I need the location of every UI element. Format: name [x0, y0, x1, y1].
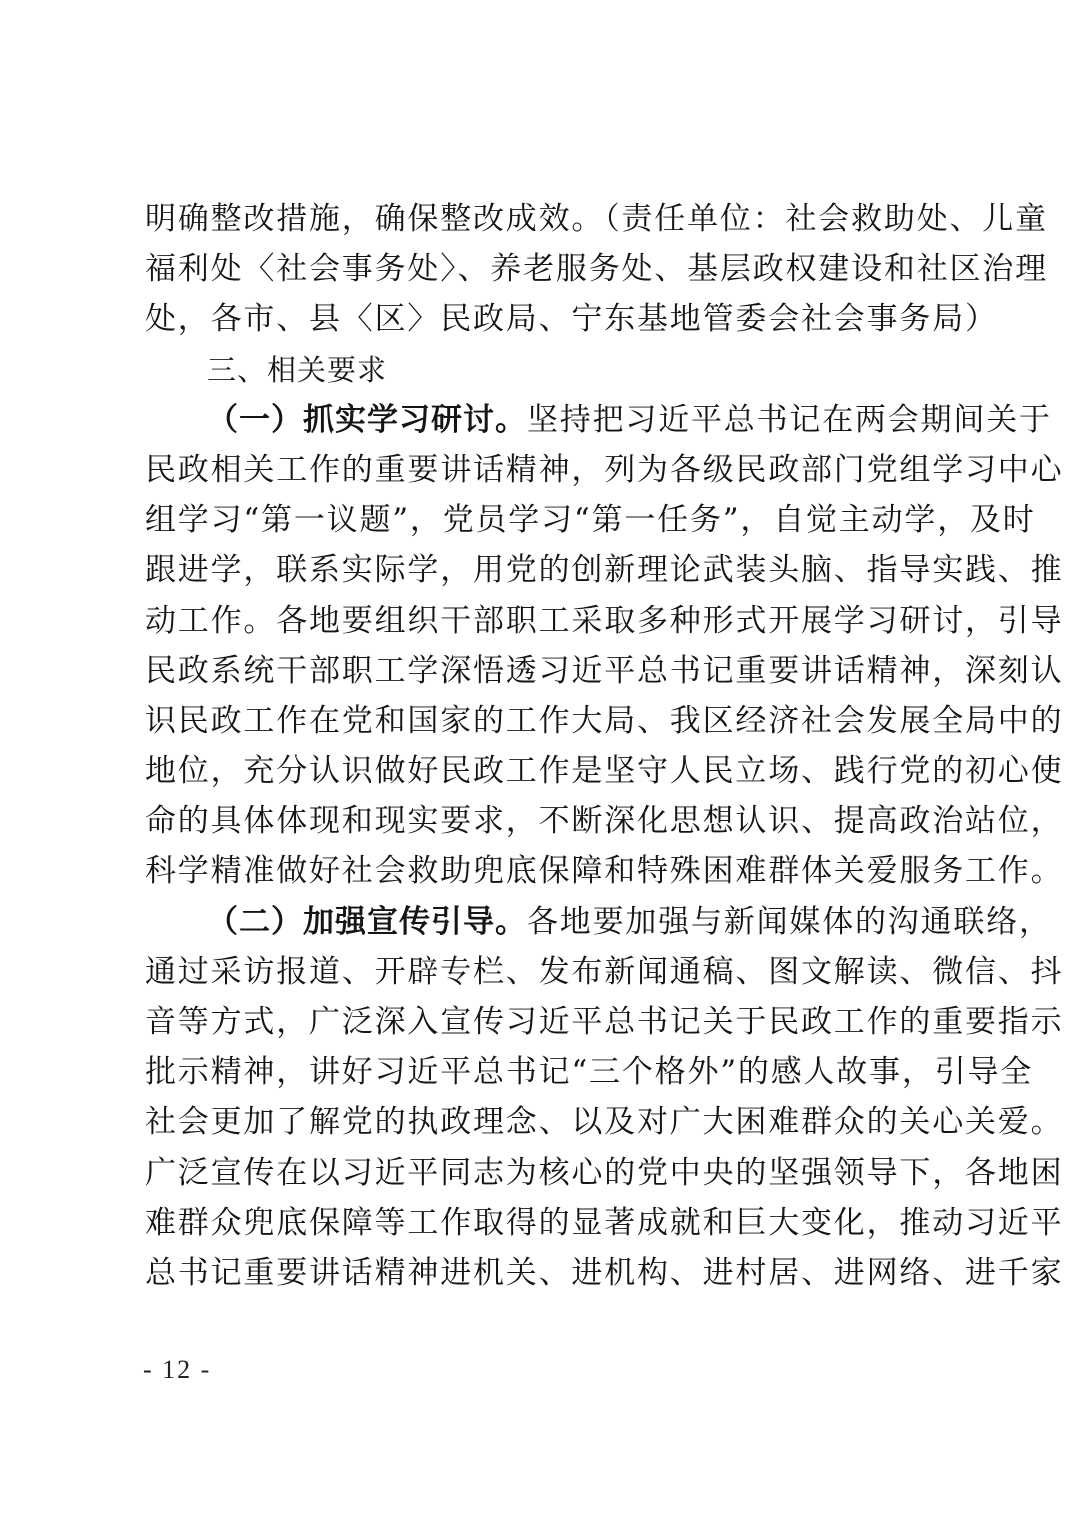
text-line: 难群众兜底保障等工作取得的显著成就和巨大变化，推动习近平 — [145, 1200, 945, 1250]
paragraph-1-first-line: （一）抓实学习研讨。坚持把习近平总书记在两会期间关于 — [145, 397, 945, 447]
text-line: 通过采访报道、开辟专栏、发布新闻通稿、图文解读、微信、抖 — [145, 949, 945, 999]
text-line: 民政系统干部职工学深悟透习近平总书记重要讲话精神，深刻认 — [145, 648, 945, 698]
text-line: 组学习“第一议题”，党员学习“第一任务”，自觉主动学，及时 — [145, 497, 945, 547]
text-line: 民政相关工作的重要讲话精神，列为各级民政部门党组学习中心 — [145, 447, 945, 497]
paragraph-1-lead: （一）抓实学习研讨。 — [207, 402, 527, 438]
text-line: 地位，充分认识做好民政工作是坚守人民立场、践行党的初心使 — [145, 748, 945, 798]
paragraph-2-lead: （二）加强宣传引导。 — [207, 904, 527, 940]
paragraph-2-text: 各地要加强与新闻媒体的沟通联络， — [527, 904, 1052, 940]
text-line: 福利处〈社会事务处〉、养老服务处、基层政权建设和社区治理 — [145, 246, 945, 296]
text-line: 社会更加了解党的执政理念、以及对广大困难群众的关心关爱。 — [145, 1099, 945, 1149]
text-line: 批示精神，讲好习近平总书记“三个格外”的感人故事，引导全 — [145, 1049, 945, 1099]
page-number: - 12 - — [143, 1355, 211, 1385]
document-body: 明确整改措施，确保整改成效。（责任单位：社会救助处、儿童 福利处〈社会事务处〉、… — [145, 196, 945, 1300]
section-heading: 三、相关要求 — [145, 347, 945, 397]
text-line: 音等方式，广泛深入宣传习近平总书记关于民政工作的重要指示 — [145, 999, 945, 1049]
text-line: 处，各市、县〈区〉民政局、宁东基地管委会社会事务局） — [145, 296, 945, 346]
text-line: 广泛宣传在以习近平同志为核心的党中央的坚强领导下，各地困 — [145, 1150, 945, 1200]
text-line: 识民政工作在党和国家的工作大局、我区经济社会发展全局中的 — [145, 698, 945, 748]
text-line: 动工作。各地要组织干部职工采取多种形式开展学习研讨，引导 — [145, 598, 945, 648]
document-page: 明确整改措施，确保整改成效。（责任单位：社会救助处、儿童 福利处〈社会事务处〉、… — [0, 0, 1074, 1520]
text-line: 总书记重要讲话精神进机关、进机构、进村居、进网络、进千家 — [145, 1250, 945, 1300]
text-line: 明确整改措施，确保整改成效。（责任单位：社会救助处、儿童 — [145, 196, 945, 246]
paragraph-2-first-line: （二）加强宣传引导。各地要加强与新闻媒体的沟通联络， — [145, 899, 945, 949]
text-line: 命的具体体现和现实要求，不断深化思想认识、提高政治站位， — [145, 798, 945, 848]
paragraph-1-text: 坚持把习近平总书记在两会期间关于 — [527, 402, 1052, 438]
text-line: 跟进学，联系实际学，用党的创新理论武装头脑、指导实践、推 — [145, 547, 945, 597]
text-line: 科学精准做好社会救助兜底保障和特殊困难群体关爱服务工作。 — [145, 848, 945, 898]
